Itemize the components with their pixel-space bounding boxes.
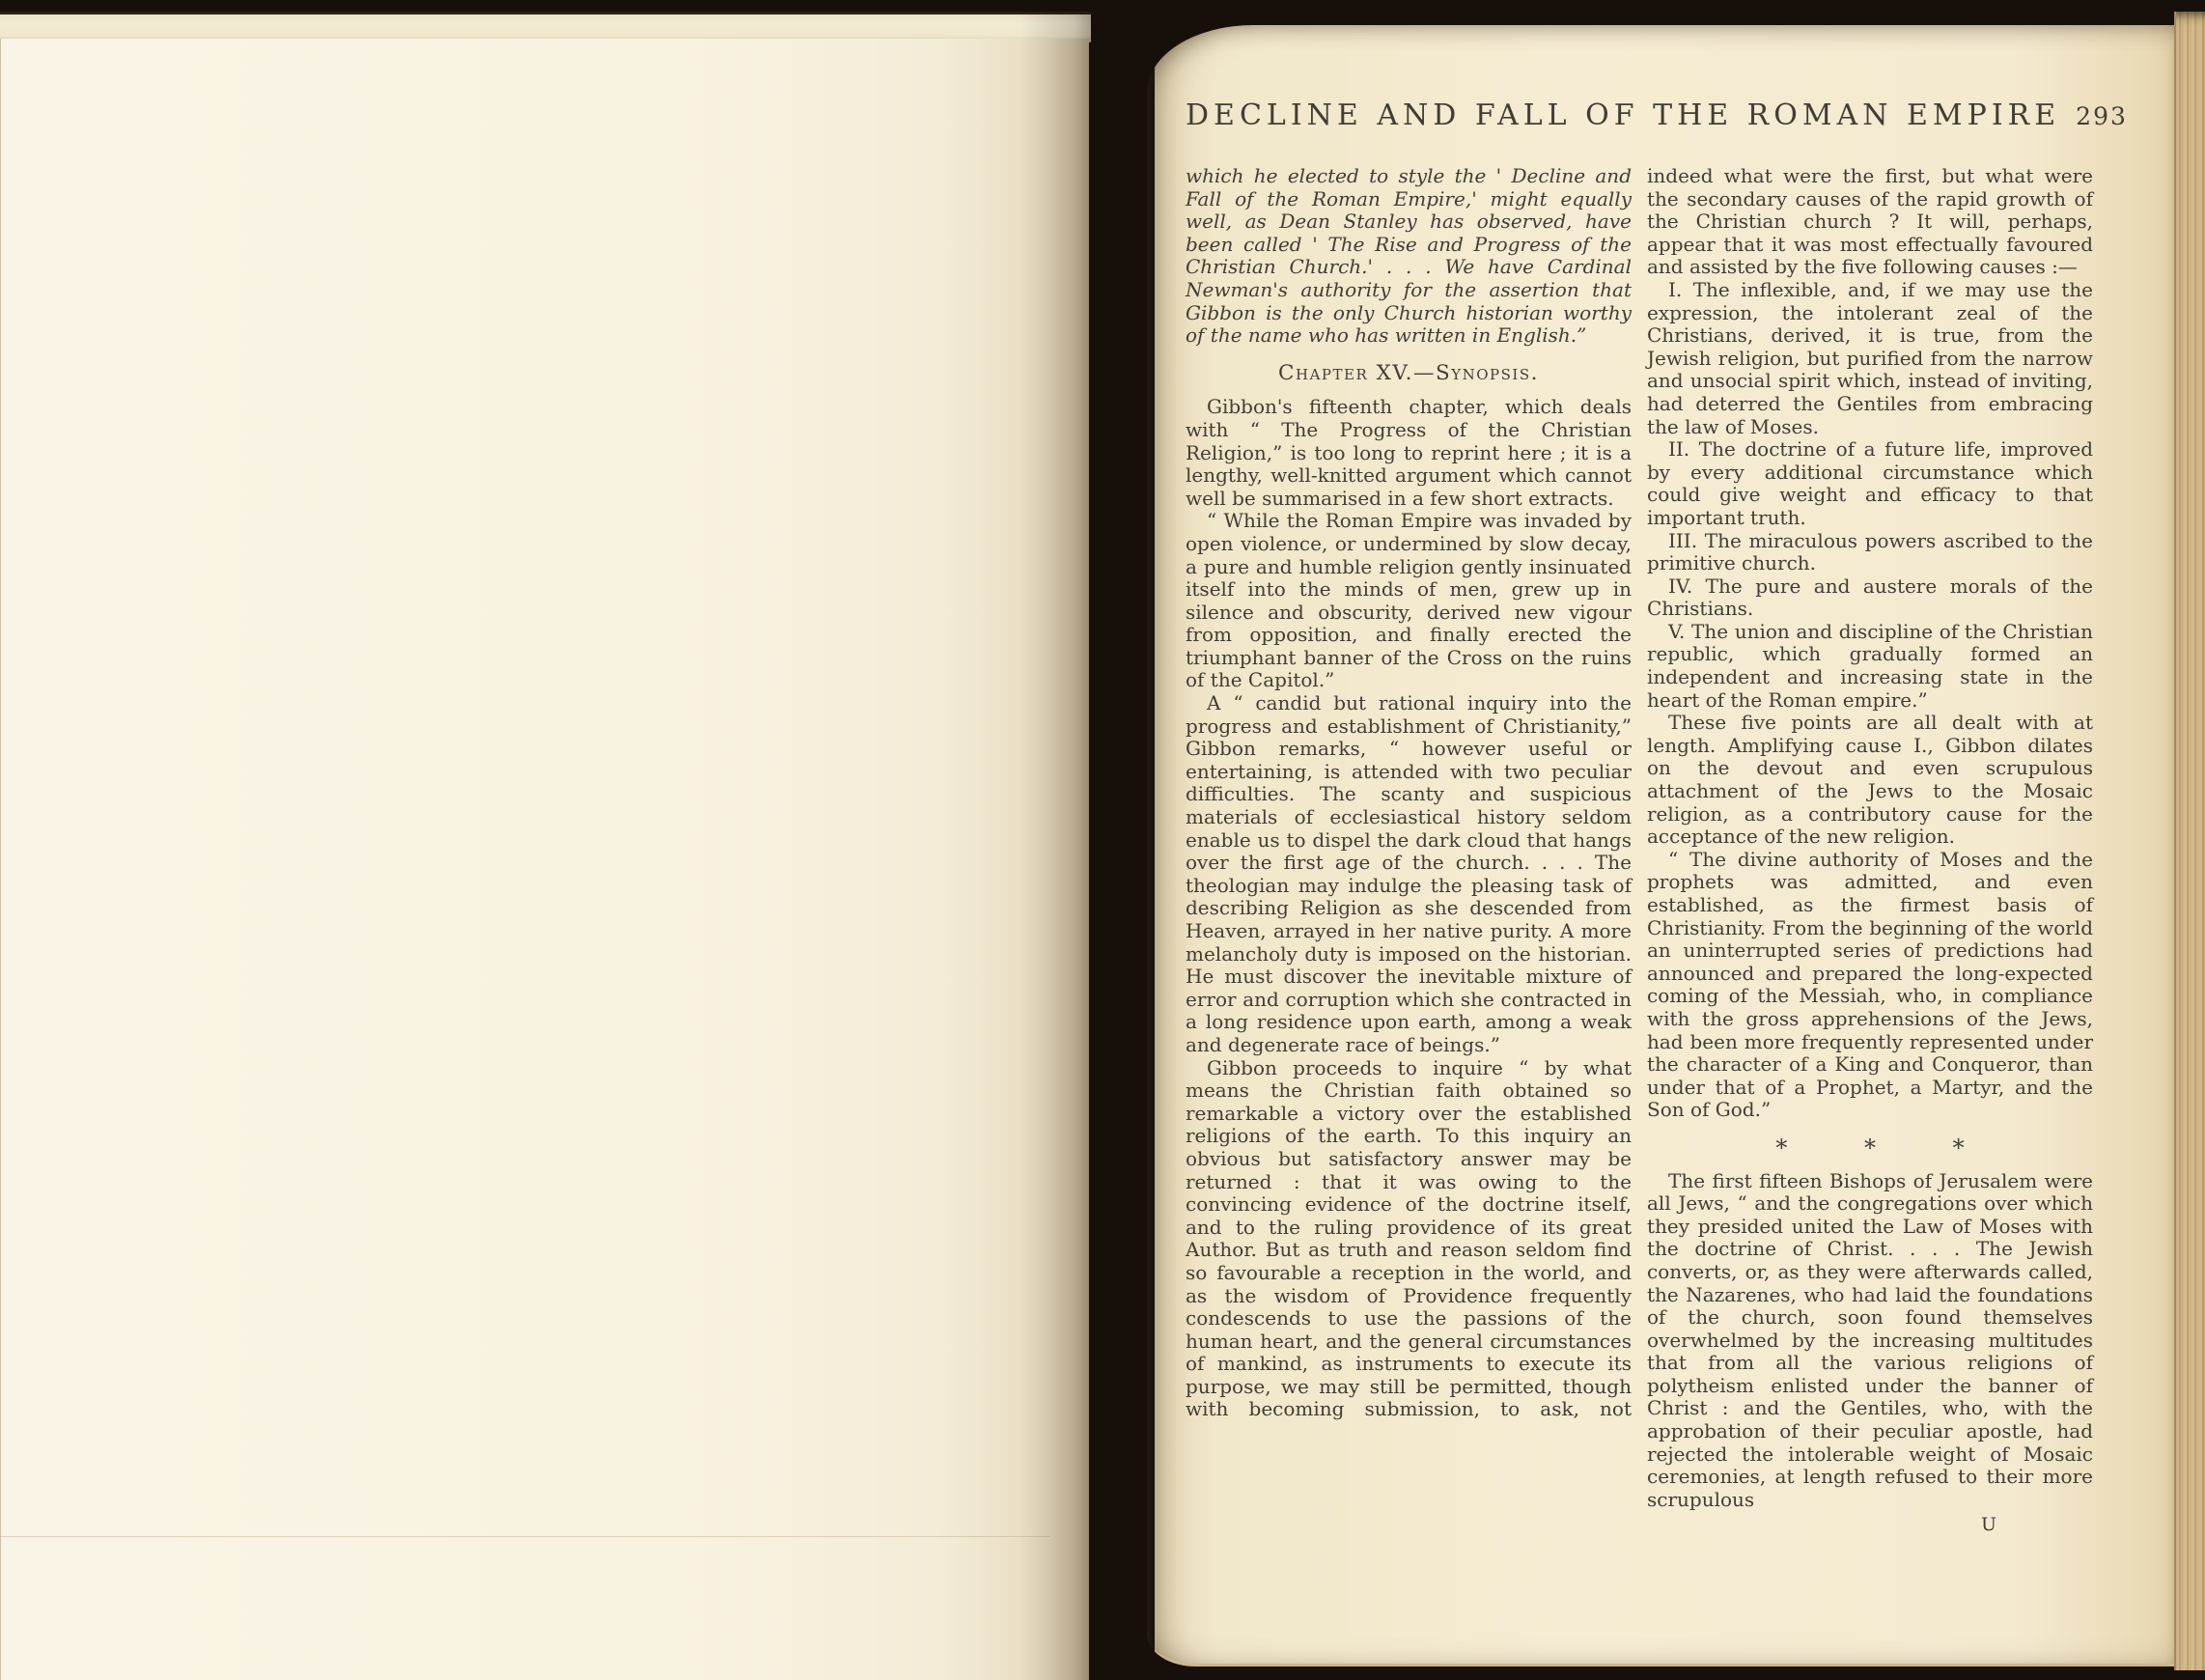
text-column-right: indeed what were the first, but what wer… — [1647, 165, 2093, 1537]
cause-item-4: IV. The pure and austere morals of the C… — [1647, 575, 2093, 621]
open-book-photo: DECLINE AND FALL OF THE ROMAN EMPIRE293 … — [0, 0, 2205, 1680]
running-header: DECLINE AND FALL OF THE ROMAN EMPIRE293 — [1186, 98, 2093, 132]
left-page-blank — [0, 39, 1089, 1680]
cause-item-3: III. The miraculous powers ascribed to t… — [1647, 530, 2093, 575]
cause-item-1: I. The inflexible, and, if we may use th… — [1647, 279, 2093, 438]
paragraph: A “ candid but rational inquiry into the… — [1186, 692, 1632, 1057]
cause-item-2: II. The doctrine of a future life, impro… — [1647, 438, 2093, 529]
paragraph-quote-continuation: which he elected to style the ' Decline … — [1186, 165, 1632, 348]
right-page: DECLINE AND FALL OF THE ROMAN EMPIRE293 … — [1147, 25, 2176, 1666]
paragraph: The first fifteen Bishops of Jerusalem w… — [1647, 1170, 2093, 1512]
cause-item-5: V. The union and discipline of the Chris… — [1647, 621, 2093, 712]
asterisk-separator: * * * — [1647, 1137, 2093, 1161]
chapter-heading: Chapter XV.—Synopsis. — [1186, 362, 1632, 385]
page-number: 293 — [2076, 102, 2128, 130]
paragraph: “ The divine authority of Moses and the … — [1647, 849, 2093, 1122]
paragraph: Gibbon's fifteenth chapter, which deals … — [1186, 396, 1632, 510]
paragraph-continuation: indeed what were the first, but what wer… — [1647, 165, 2093, 279]
two-column-text: which he elected to style the ' Decline … — [1186, 165, 2093, 1537]
right-page-text-block: DECLINE AND FALL OF THE ROMAN EMPIRE293 … — [1186, 25, 2093, 1537]
paragraph: “ While the Roman Empire was invaded by … — [1186, 510, 1632, 692]
printer-signature-mark: U — [1647, 1514, 2093, 1537]
paragraph: Gibbon proceeds to inquire “ by what mea… — [1186, 1057, 1632, 1422]
text-column-left: which he elected to style the ' Decline … — [1186, 165, 1632, 1537]
running-title: DECLINE AND FALL OF THE ROMAN EMPIRE — [1186, 98, 2060, 132]
page-fore-edge — [2174, 12, 2205, 1670]
paragraph: These five points are all dealt with at … — [1647, 712, 2093, 849]
book-gutter-shadow — [1019, 0, 1155, 1680]
